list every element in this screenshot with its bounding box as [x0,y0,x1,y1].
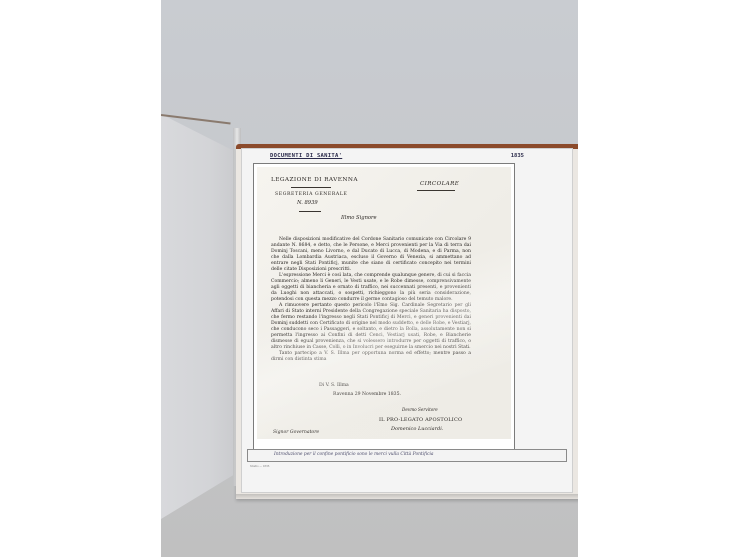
binder-shadow [236,494,578,500]
doc-place-date: Ravenna 29 Novembre 1835. [333,392,401,398]
album-sheet-header: DOCUMENTI DI SANITA' 1835 [242,149,572,163]
doc-paragraph: A rimuovere pertanto questo pericolo l'E… [271,303,471,351]
footnote: Studio — 1835 [250,465,269,468]
doc-header-left: LEGAZIONE DI RAVENNA [271,177,358,183]
divider [299,211,321,212]
doc-body: Nelle disposizioni modificative del Cord… [271,237,471,363]
document-frame: LEGAZIONE DI RAVENNA SEGRETERIA GENERALE… [253,163,515,452]
album-sheet-year: 1835 [511,153,524,159]
doc-header-sub: SEGRETERIA GENERALE [275,192,347,198]
caption-box: Introduzione per il confine pontificio s… [247,449,567,462]
divider [417,190,455,191]
doc-paragraph: Tanto partecipo a V. S. Illma per opport… [271,351,471,363]
doc-number: N. 8939 [297,200,318,206]
doc-closing: Di V. S. Illma [319,383,349,389]
doc-signer-title: IL PRO-LEGATO APOSTOLICO [379,417,462,423]
photograph: DOCUMENTI DI SANITA' 1835 LEGAZIONE DI R… [161,0,578,557]
doc-signer: Domenico Lucciardi. [391,426,443,432]
doc-paragraph: L'espressione Merci è così lata, che com… [271,273,471,303]
doc-addressee: Signor Governatore [273,430,319,436]
doc-servant-line: Devmo Servitore [402,407,438,413]
album-sheet: DOCUMENTI DI SANITA' 1835 LEGAZIONE DI R… [241,148,573,493]
doc-paragraph: Nelle disposizioni modificative del Cord… [271,237,471,273]
caption-text: Introduzione per il confine pontificio s… [274,452,434,457]
album-sheet-title: DOCUMENTI DI SANITA' [270,153,342,159]
doc-header-right: CIRCOLARE [420,181,459,187]
circular-document: LEGAZIONE DI RAVENNA SEGRETERIA GENERALE… [257,167,511,439]
divider [291,187,331,188]
binder-cover-flap [161,114,241,519]
doc-salutation: Illmo Signore [341,215,377,221]
